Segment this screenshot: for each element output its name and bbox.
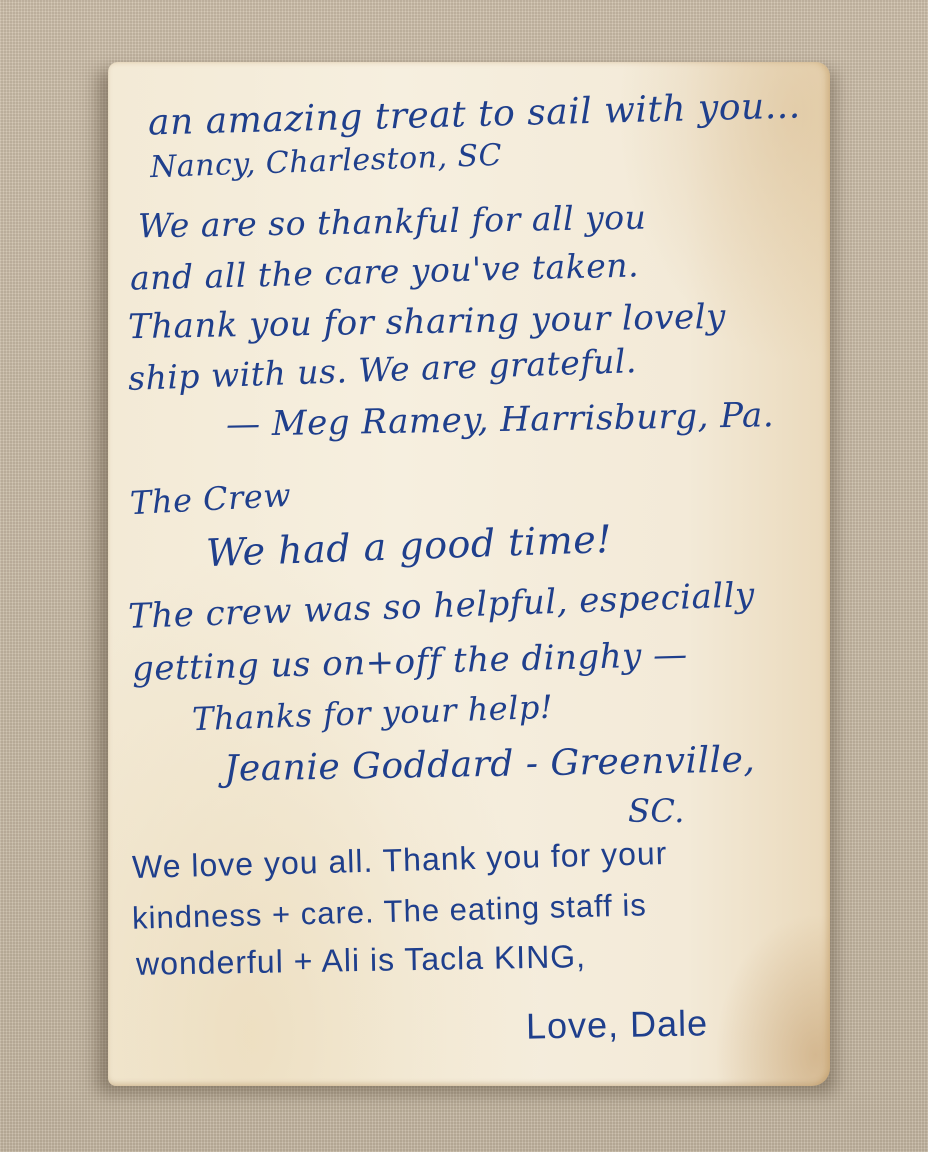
note-line: Thanks for your help! bbox=[191, 688, 553, 739]
note-line: Thank you for sharing your lovely bbox=[128, 297, 726, 347]
note-signature: Love, Dale bbox=[526, 1002, 709, 1047]
note-signature-state: SC. bbox=[628, 792, 685, 830]
note-signature: Jeanie Goddard - Greenville, bbox=[224, 739, 756, 789]
note-line: getting us on+off the dinghy — bbox=[132, 635, 689, 690]
note-signature: Nancy, Charleston, SC bbox=[149, 138, 502, 185]
note-line: ship with us. We are grateful. bbox=[127, 341, 637, 398]
handwritten-note: an amazing treat to sail with you... Nan… bbox=[108, 62, 830, 1086]
note-line: an amazing treat to sail with you... bbox=[148, 85, 801, 143]
note-heading: The Crew bbox=[129, 476, 292, 522]
note-line: The crew was so helpful, especially bbox=[127, 575, 755, 637]
note-line: wonderful + Ali is Tacla KING, bbox=[136, 938, 587, 983]
note-line: We are so thankful for all you bbox=[138, 198, 647, 246]
note-line: We had a good time! bbox=[205, 517, 612, 575]
note-line: and all the care you've taken. bbox=[130, 245, 640, 297]
note-line: We love you all. Thank you for your bbox=[132, 835, 668, 886]
note-signature: — Meg Ramey, Harrisburg, Pa. bbox=[226, 395, 775, 445]
note-line: kindness + care. The eating staff is bbox=[132, 887, 648, 936]
